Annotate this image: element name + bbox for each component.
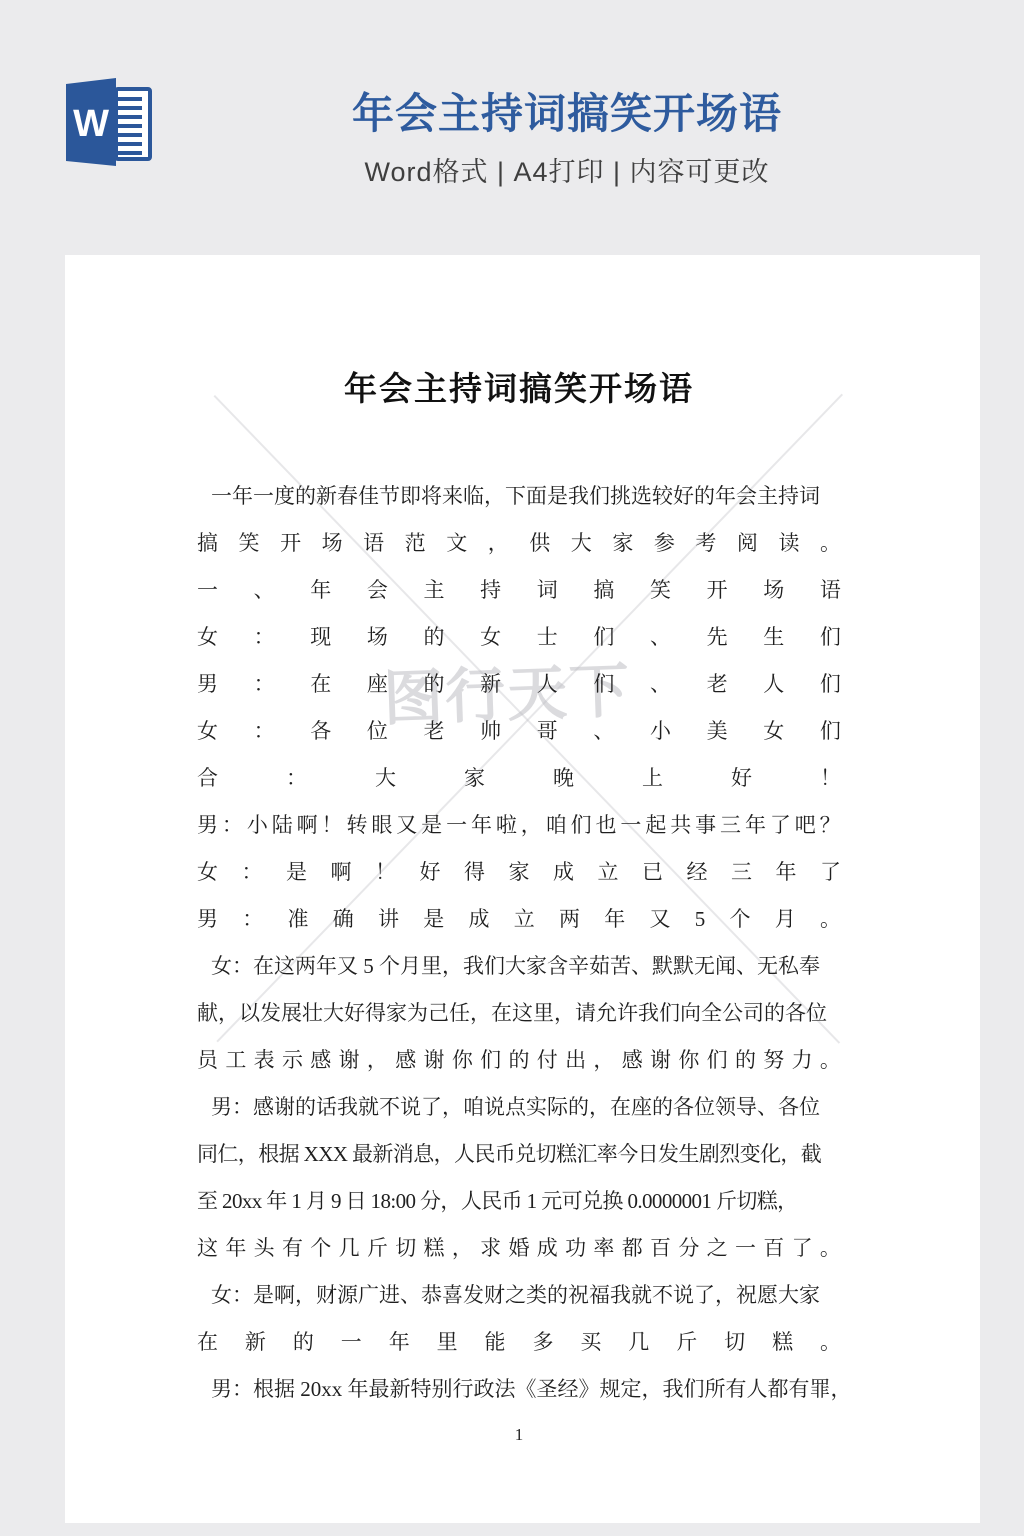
template-subtitle: Word格式 | A4打印 | 内容可更改 [170, 150, 964, 189]
page-content: 年会主持词搞笑开场语 一年一度的新春佳节即将来临，下面是我们挑选较好的年会主持词… [65, 255, 980, 1445]
doc-line: 在新的一年里能多买几斤切糕。 [197, 1319, 841, 1366]
doc-line: 员工表示感谢，感谢你们的付出，感谢你们的努力。 [197, 1037, 841, 1084]
doc-line: 女：是啊！好得家成立已经三年了 [197, 849, 841, 896]
page-number: 1 [197, 1425, 841, 1445]
doc-line: 男：感谢的话我就不说了，咱说点实际的，在座的各位领导、各位 [197, 1084, 841, 1131]
doc-line: 这年头有个几斤切糕，求婚成功率都百分之一百了。 [197, 1225, 841, 1272]
document-body: 一年一度的新春佳节即将来临，下面是我们挑选较好的年会主持词 搞笑开场语范文，供大… [197, 473, 841, 1413]
document-page: 图行天下 年会主持词搞笑开场语 一年一度的新春佳节即将来临，下面是我们挑选较好的… [65, 255, 980, 1523]
doc-line: 一、年会主持词搞笑开场语 [197, 567, 841, 614]
doc-line: 女：各位老帅哥、小美女们 [197, 708, 841, 755]
doc-line: 女：是啊，财源广进、恭喜发财之类的祝福我就不说了，祝愿大家 [197, 1272, 841, 1319]
site-header: W 年会主持词搞笑开场语 Word格式 | A4打印 | 内容可更改 [0, 0, 1024, 200]
doc-line: 合：大家晚上好！ [197, 755, 841, 802]
document-title: 年会主持词搞笑开场语 [197, 255, 841, 413]
doc-line: 女：在这两年又 5 个月里，我们大家含辛茹苦、默默无闻、无私奉 [197, 943, 841, 990]
doc-line: 至 20xx 年 1 月 9 日 18:00 分，人民币 1 元可兑换 0.00… [197, 1178, 841, 1225]
doc-line: 同仁，根据 XXX 最新消息，人民币兑切糕汇率今日发生剧烈变化，截 [197, 1131, 841, 1178]
doc-line: 一年一度的新春佳节即将来临，下面是我们挑选较好的年会主持词 [197, 473, 841, 520]
doc-line: 男：在座的新人们、老人们 [197, 661, 841, 708]
logo-letter: W [73, 103, 109, 145]
word-logo-icon: W [64, 76, 154, 168]
header-text-block: 年会主持词搞笑开场语 Word格式 | A4打印 | 内容可更改 [170, 90, 964, 189]
doc-line: 献，以发展壮大好得家为己任，在这里，请允许我们向全公司的各位 [197, 990, 841, 1037]
template-title: 年会主持词搞笑开场语 [170, 90, 964, 138]
doc-line: 男：小陆啊！转眼又是一年啦，咱们也一起共事三年了吧？ [197, 802, 841, 849]
doc-line: 女：现场的女士们、先生们 [197, 614, 841, 661]
doc-line: 男：准确讲是成立两年又5个月。 [197, 896, 841, 943]
doc-line: 搞笑开场语范文，供大家参考阅读。 [197, 520, 841, 567]
doc-line: 男：根据 20xx 年最新特别行政法《圣经》规定，我们所有人都有罪， [197, 1366, 841, 1413]
